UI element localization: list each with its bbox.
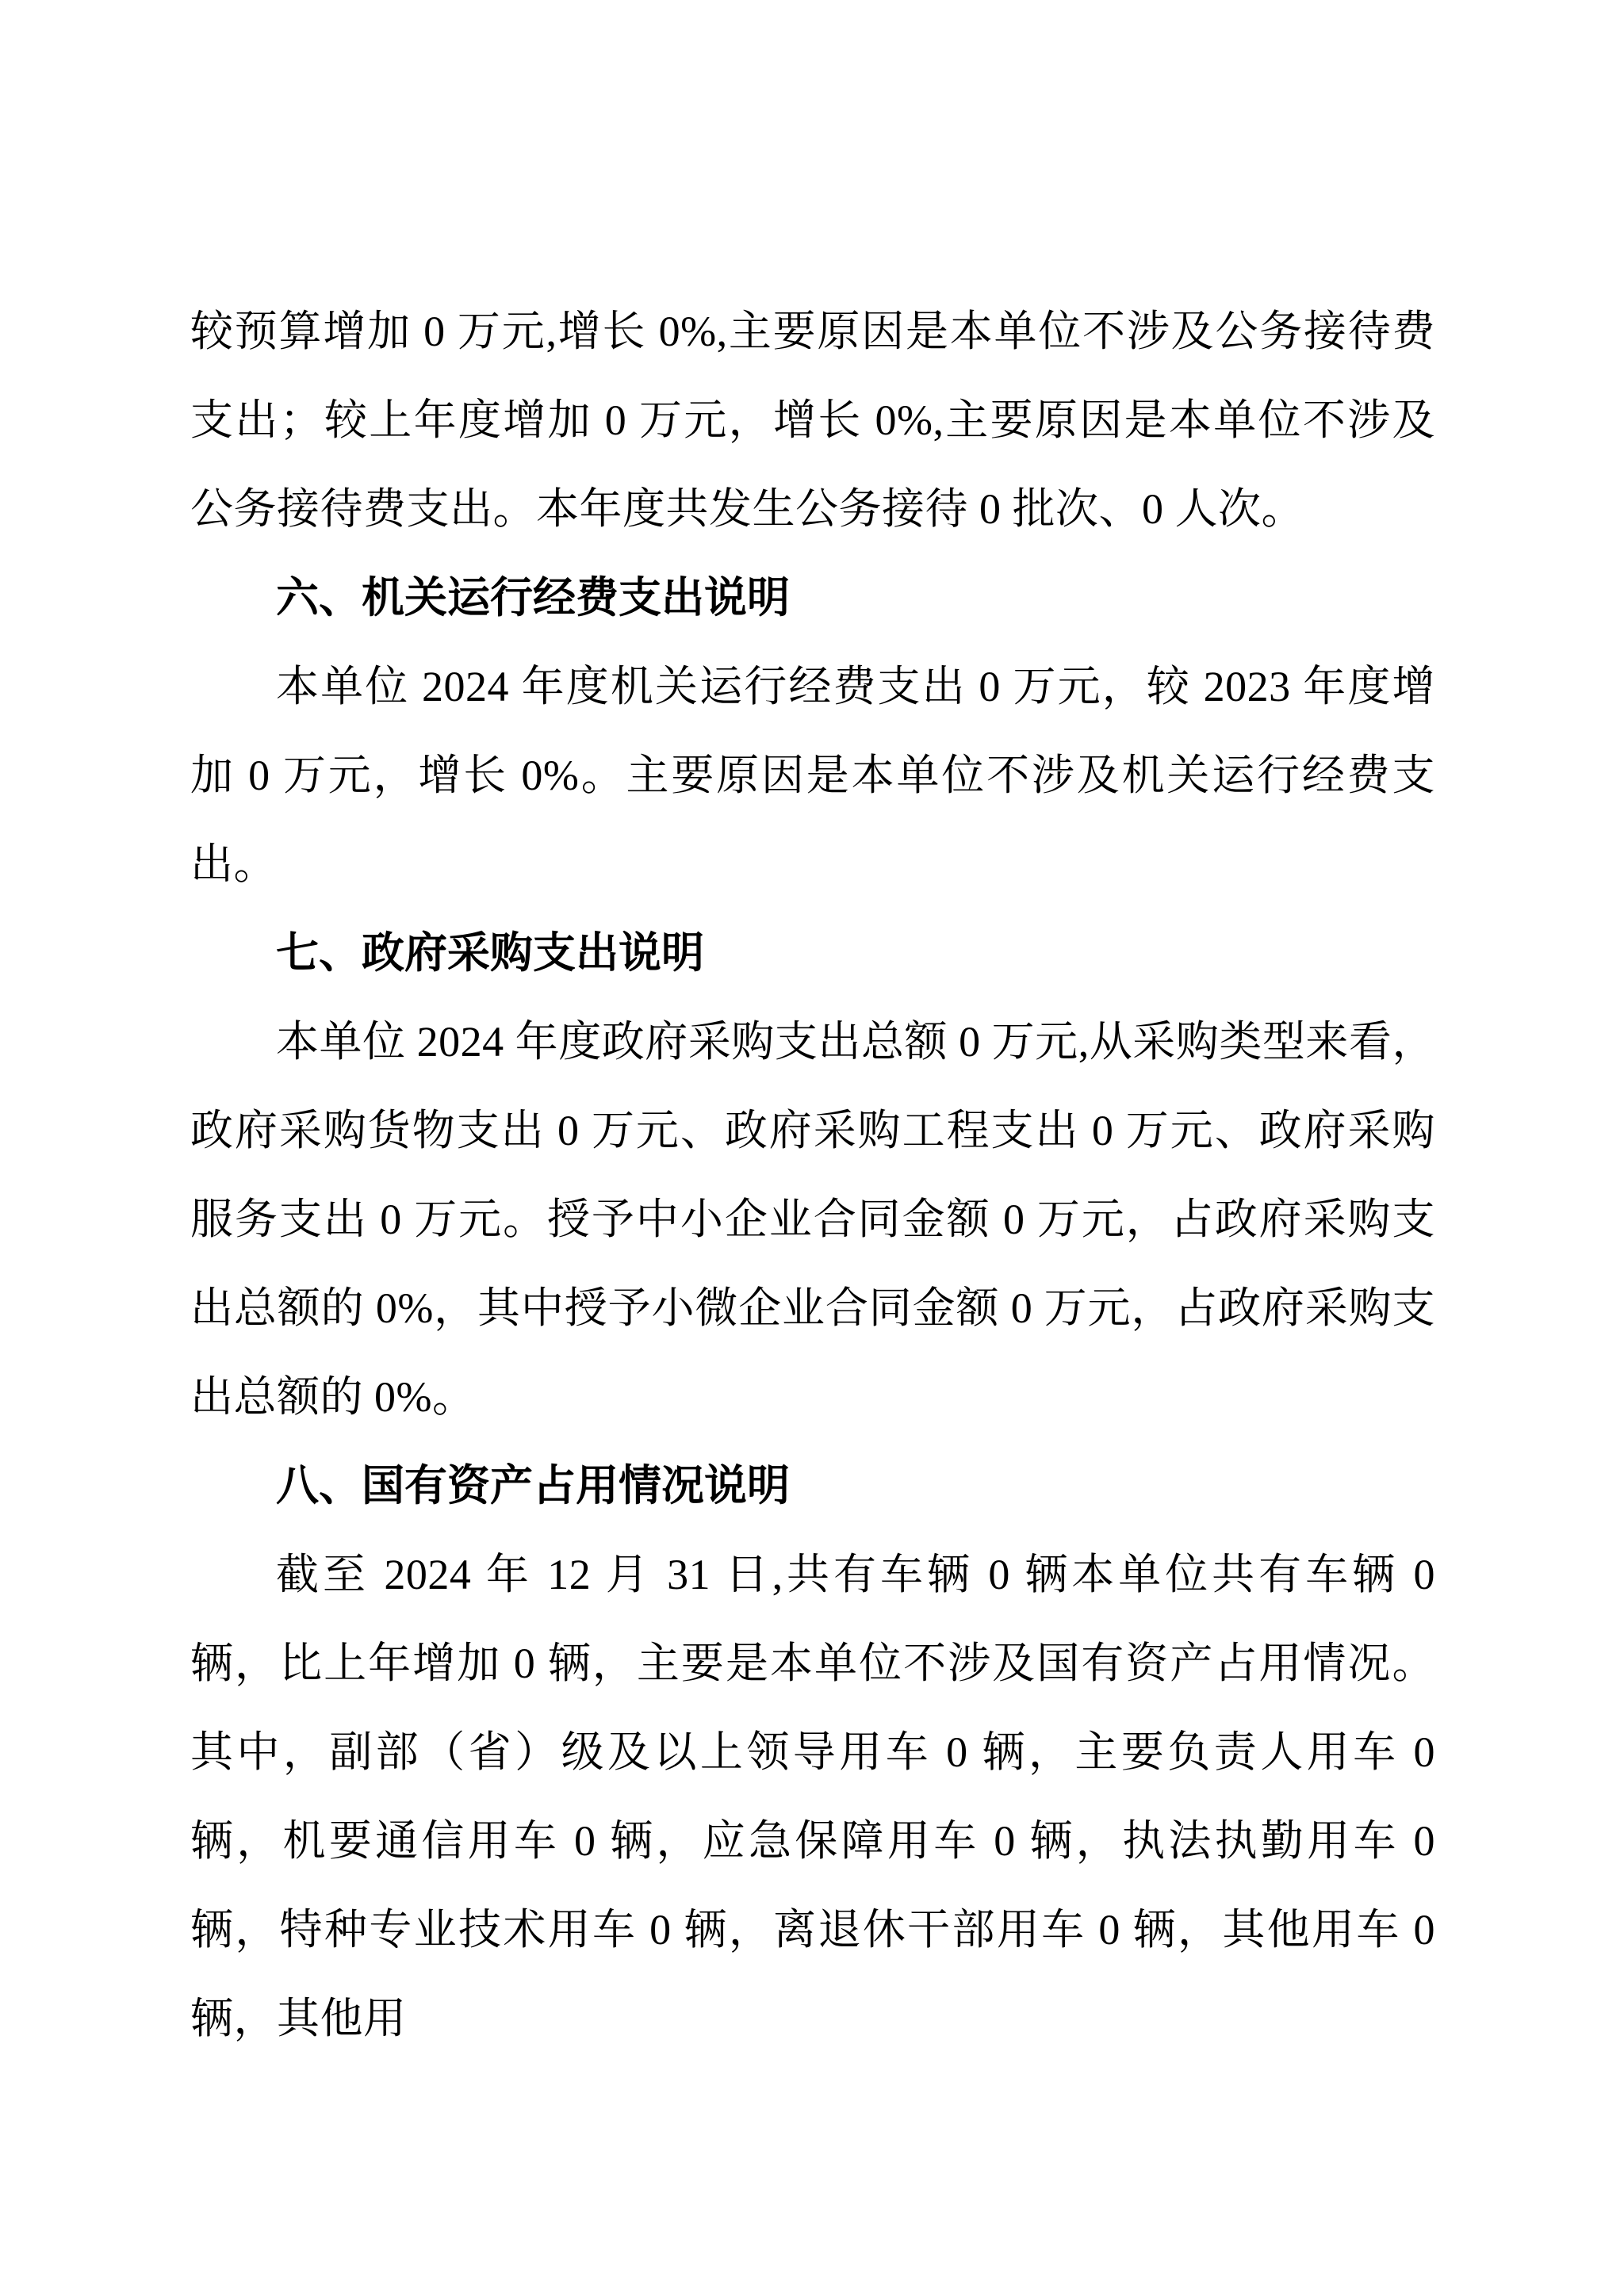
section-heading: 八、国有资产占用情况说明 (190, 1441, 1435, 1530)
body-paragraph: 本单位 2024 年度政府采购支出总额 0 万元,从采购类型来看，政府采购货物支… (190, 997, 1435, 1441)
body-paragraph: 截至 2024 年 12 月 31 日,共有车辆 0 辆本单位共有车辆 0 辆，… (190, 1530, 1435, 2063)
body-paragraph: 本单位 2024 年度机关运行经费支出 0 万元，较 2023 年度增加 0 万… (190, 642, 1435, 909)
section-heading: 六、机关运行经费支出说明 (190, 553, 1435, 642)
document-body: 较预算增加 0 万元,增长 0%,主要原因是本单位不涉及公务接待费支出；较上年度… (190, 287, 1435, 2063)
document-page: 较预算增加 0 万元,增长 0%,主要原因是本单位不涉及公务接待费支出；较上年度… (0, 0, 1624, 2296)
section-heading: 七、政府采购支出说明 (190, 909, 1435, 997)
body-paragraph: 较预算增加 0 万元,增长 0%,主要原因是本单位不涉及公务接待费支出；较上年度… (190, 287, 1435, 553)
